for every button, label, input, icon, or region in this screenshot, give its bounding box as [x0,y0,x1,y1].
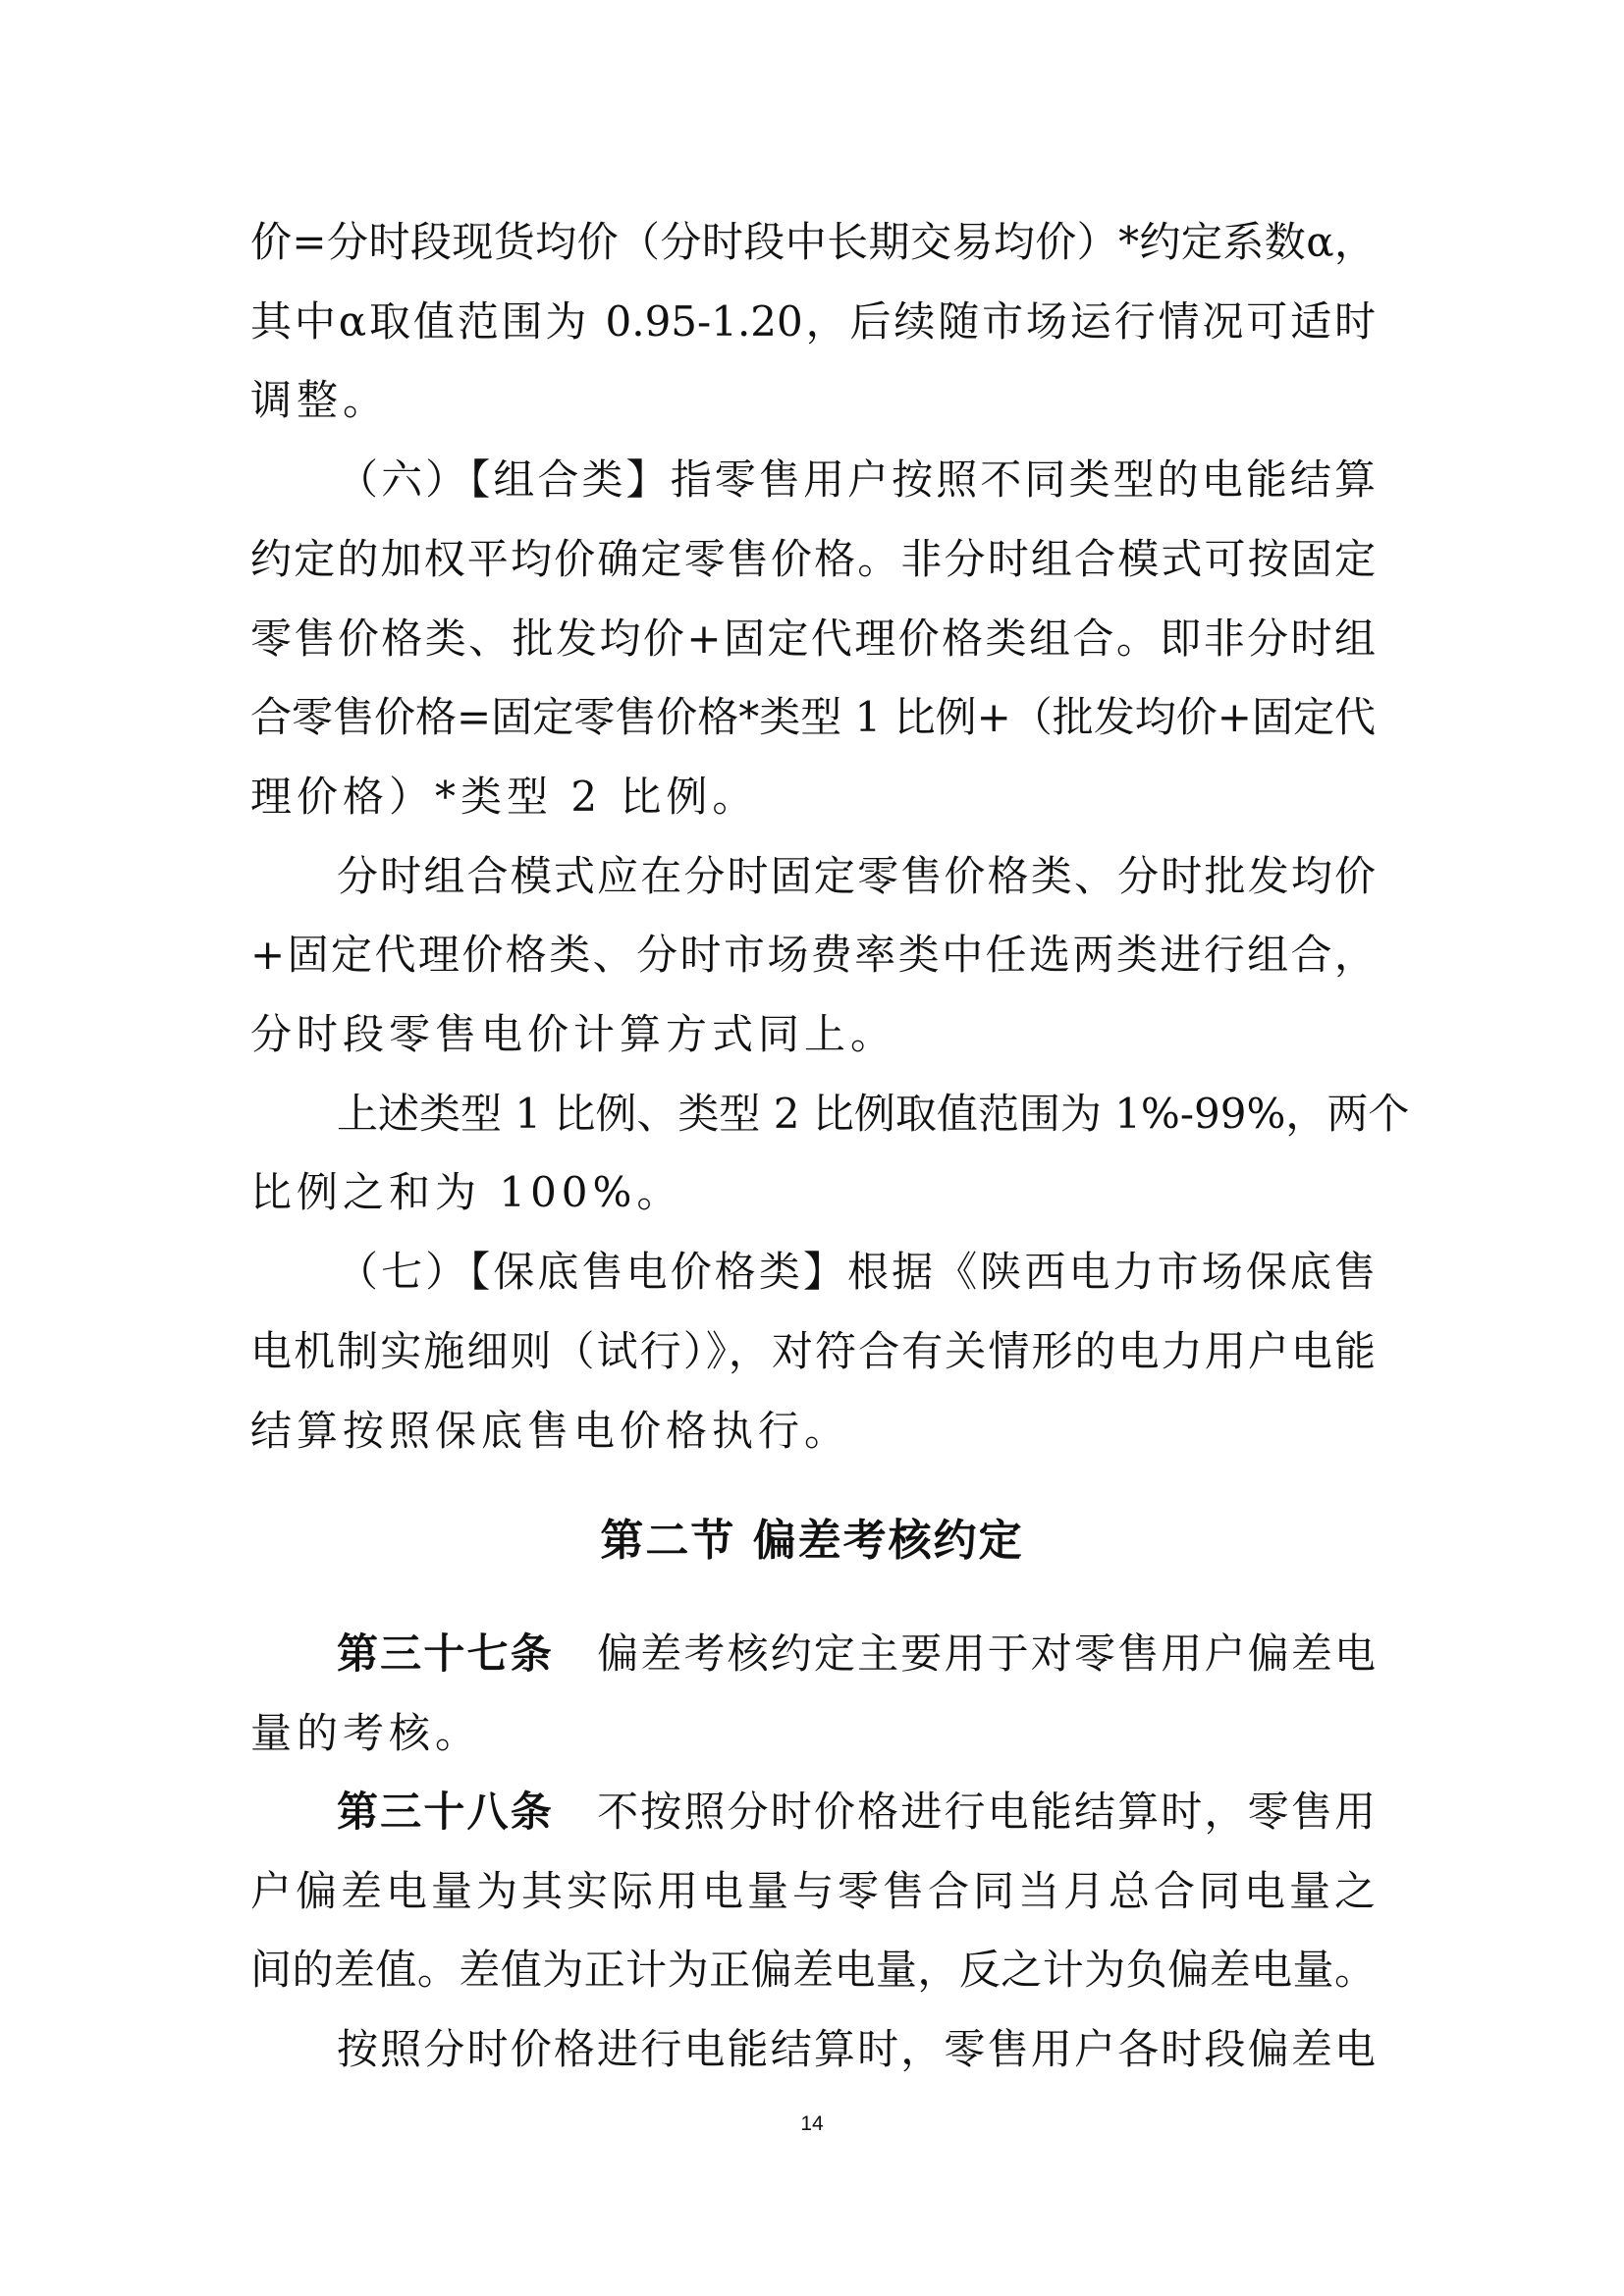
paragraph-line: 分时组合模式应在分时固定零售价格类、分时批发均价 [337,847,1376,906]
paragraph-line: 调整。 [250,371,1376,430]
article-label: 第三十八条 [337,1788,554,1836]
paragraph-line: 合零售价格=固定零售价格*类型 1 比例+（批发均价+固定代 [250,688,1376,747]
paragraph-line: 其中α取值范围为 0.95-1.20，后续随市场运行情况可适时 [250,293,1376,351]
paragraph-line: 零售价格类、批发均价+固定代理价格类组合。即非分时组 [250,610,1376,668]
paragraph-line: （六）【组合类】指零售用户按照不同类型的电能结算 [337,451,1376,509]
article-37-first-line: 第三十七条 偏差考核约定主要用于对零售用户偏差电 [337,1625,1376,1683]
paragraph-line: 约定的加权平均价确定零售价格。非分时组合模式可按固定 [250,530,1376,589]
article-text: 不按照分时价格进行电能结算时，零售用 [597,1788,1376,1836]
paragraph-line: 量的考核。 [250,1704,1376,1763]
paragraph-line: 间的差值。差值为正计为正偏差电量，反之计为负偏差电量。 [250,1941,1376,2000]
article-label: 第三十七条 [337,1629,554,1678]
article-text: 偏差考核约定主要用于对零售用户偏差电 [597,1629,1376,1678]
paragraph-line: 理价格）*类型 2 比例。 [250,768,1376,827]
paragraph-line: 比例之和为 100%。 [250,1163,1376,1222]
paragraph-line: 结算按照保底售电价格执行。 [250,1402,1376,1461]
paragraph-line: 价=分时段现货均价（分时段中长期交易均价）*约定系数α， [250,213,1376,272]
article-38-first-line: 第三十八条 不按照分时价格进行电能结算时，零售用 [337,1783,1376,1842]
paragraph-line: 电机制实施细则（试行）》，对符合有关情形的电力用户电能 [250,1322,1376,1381]
paragraph-line: 按照分时价格进行电能结算时，零售用户各时段偏差电 [337,2020,1376,2079]
paragraph-line: +固定代理价格类、分时市场费率类中任选两类进行组合， [250,926,1376,985]
section-heading: 第二节 偏差考核约定 [0,1512,1624,1571]
paragraph-line: 户偏差电量为其实际用电量与零售合同当月总合同电量之 [250,1862,1376,1921]
document-page: 价=分时段现货均价（分时段中长期交易均价）*约定系数α， 其中α取值范围为 0.… [0,0,1624,2296]
paragraph-line: （七）【保底售电价格类】根据《陕西电力市场保底售 [337,1243,1376,1302]
paragraph-line: 分时段零售电价计算方式同上。 [250,1005,1376,1064]
paragraph-line: 上述类型 1 比例、类型 2 比例取值范围为 1%-99%，两个 [337,1085,1376,1144]
page-number: 14 [0,2112,1624,2136]
